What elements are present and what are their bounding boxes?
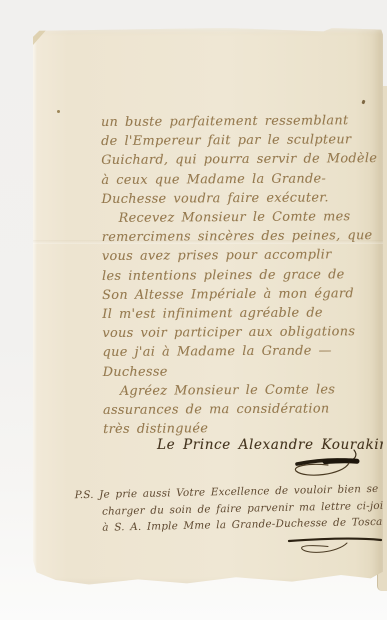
postscript-underline-flourish: [287, 535, 383, 561]
letter-line: un buste parfaitement ressemblant: [101, 111, 385, 132]
letter-body: un buste parfaitement ressemblant de l'E…: [101, 111, 387, 439]
letter-line: les intentions pleines de grace de: [102, 265, 386, 286]
letter-line: Recevez Monsieur le Comte mes: [102, 207, 386, 228]
letter-photograph: un buste parfaitement ressemblant de l'E…: [0, 0, 387, 620]
letter-line: Son Altesse Impériale à mon égard: [102, 284, 386, 305]
letter-line: assurances de ma considération: [103, 399, 387, 420]
letter-line: Il m'est infiniment agréable de: [102, 303, 386, 324]
postscript: P.S. Je prie aussi Votre Excellence de v…: [75, 481, 387, 537]
signature-paraph-flourish: [283, 448, 365, 484]
letter-line: remercimens sincères des peines, que: [102, 226, 386, 247]
ink-speck: [361, 100, 365, 105]
letter-line: Duchesse voudra faire exécuter.: [101, 188, 385, 209]
letter-line: Duchesse: [103, 361, 387, 382]
letter-line: Agréez Monsieur le Comte les: [103, 380, 387, 401]
letter-line: vous voir participer aux obligations: [102, 322, 386, 343]
corner-fold: [33, 28, 48, 45]
letter-line: vous avez prises pour accomplir: [102, 245, 386, 266]
ink-speck: [57, 110, 60, 113]
letter-line: Guichard, qui pourra servir de Modèle: [101, 149, 385, 170]
letter-line: à ceux que Madame la Grande-: [101, 169, 385, 190]
letter-page: un buste parfaitement ressemblant de l'E…: [33, 28, 383, 585]
letter-line: de l'Empereur fait par le sculpteur: [101, 130, 385, 151]
letter-line: que j'ai à Madame la Grande —: [102, 341, 386, 362]
